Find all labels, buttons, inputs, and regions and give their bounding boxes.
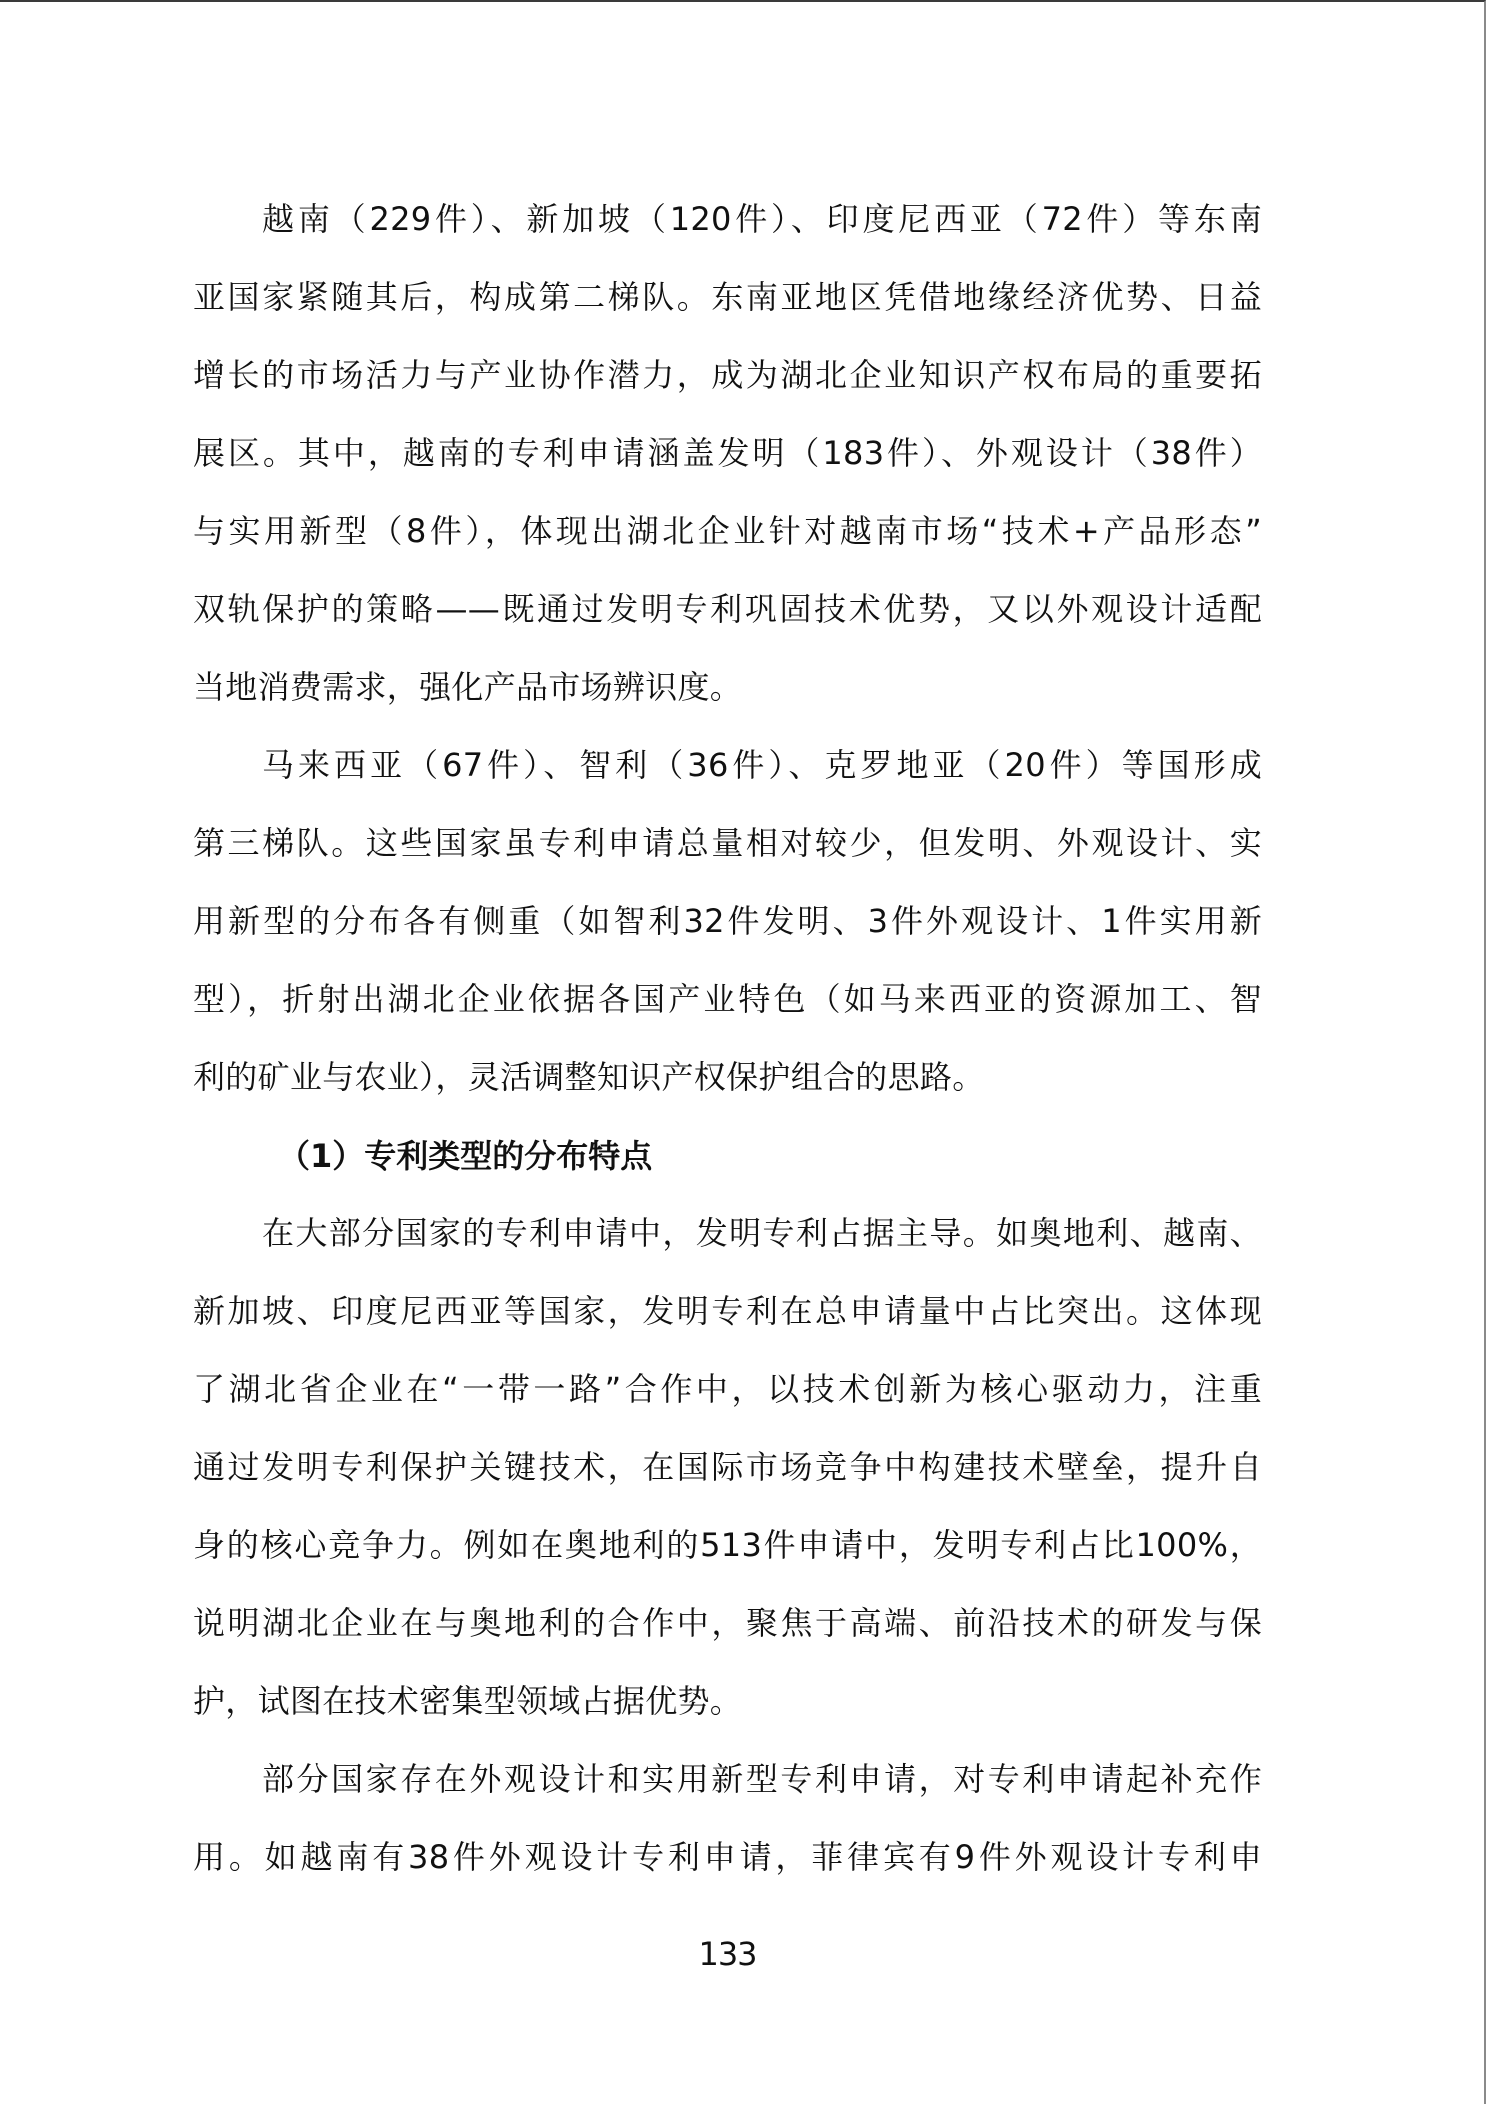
- paragraph-1-line-1: 越南（229件）、新加坡（120件）、印度尼西亚（72件）等东南: [262, 199, 1262, 239]
- paragraph-2-line-3: 用新型的分布各有侧重（如智利32件发明、3件外观设计、1件实用新: [193, 901, 1262, 941]
- paragraph-2-line-1: 马来西亚（67件）、智利（36件）、克罗地亚（20件）等国形成: [262, 745, 1262, 785]
- paragraph-3-line-7: 护，试图在技术密集型领域占据优势。: [193, 1681, 1262, 1721]
- paragraph-1-line-5: 与实用新型（8件），体现出湖北企业针对越南市场“技术+产品形态”: [193, 511, 1262, 551]
- paragraph-3-line-3: 了湖北省企业在“一带一路”合作中，以技术创新为核心驱动力，注重: [193, 1369, 1262, 1409]
- page-number: 133: [193, 1934, 1262, 1974]
- paragraph-4-line-1: 部分国家存在外观设计和实用新型专利申请，对专利申请起补充作: [262, 1759, 1262, 1799]
- paragraph-1-line-4: 展区。其中，越南的专利申请涵盖发明（183件）、外观设计（38件）: [193, 433, 1262, 473]
- paragraph-3-line-2: 新加坡、印度尼西亚等国家，发明专利在总申请量中占比突出。这体现: [193, 1291, 1262, 1331]
- paragraph-3-line-5: 身的核心竞争力。例如在奥地利的513件申请中，发明专利占比100%，: [193, 1525, 1262, 1565]
- paragraph-1-line-6: 双轨保护的策略——既通过发明专利巩固技术优势，又以外观设计适配: [193, 589, 1262, 629]
- paragraph-2-line-2: 第三梯队。这些国家虽专利申请总量相对较少，但发明、外观设计、实: [193, 823, 1262, 863]
- paragraph-3-line-6: 说明湖北企业在与奥地利的合作中，聚焦于高端、前沿技术的研发与保: [193, 1603, 1262, 1643]
- paragraph-1-line-7: 当地消费需求，强化产品市场辨识度。: [193, 667, 1262, 707]
- paragraph-4-line-2: 用。如越南有38件外观设计专利申请，菲律宾有9件外观设计专利申: [193, 1837, 1262, 1877]
- paragraph-2-line-5: 利的矿业与农业），灵活调整知识产权保护组合的思路。: [193, 1057, 1262, 1097]
- section-heading: （1）专利类型的分布特点: [278, 1136, 652, 1176]
- paragraph-3-line-1: 在大部分国家的专利申请中，发明专利占据主导。如奥地利、越南、: [262, 1213, 1262, 1253]
- paragraph-3-line-4: 通过发明专利保护关键技术，在国际市场竞争中构建技术壁垒，提升自: [193, 1447, 1262, 1487]
- paragraph-2-line-4: 型），折射出湖北企业依据各国产业特色（如马来西亚的资源加工、智: [193, 979, 1262, 1019]
- paragraph-1-line-2: 亚国家紧随其后，构成第二梯队。东南亚地区凭借地缘经济优势、日益: [193, 277, 1262, 317]
- paragraph-1-line-3: 增长的市场活力与产业协作潜力，成为湖北企业知识产权布局的重要拓: [193, 355, 1262, 395]
